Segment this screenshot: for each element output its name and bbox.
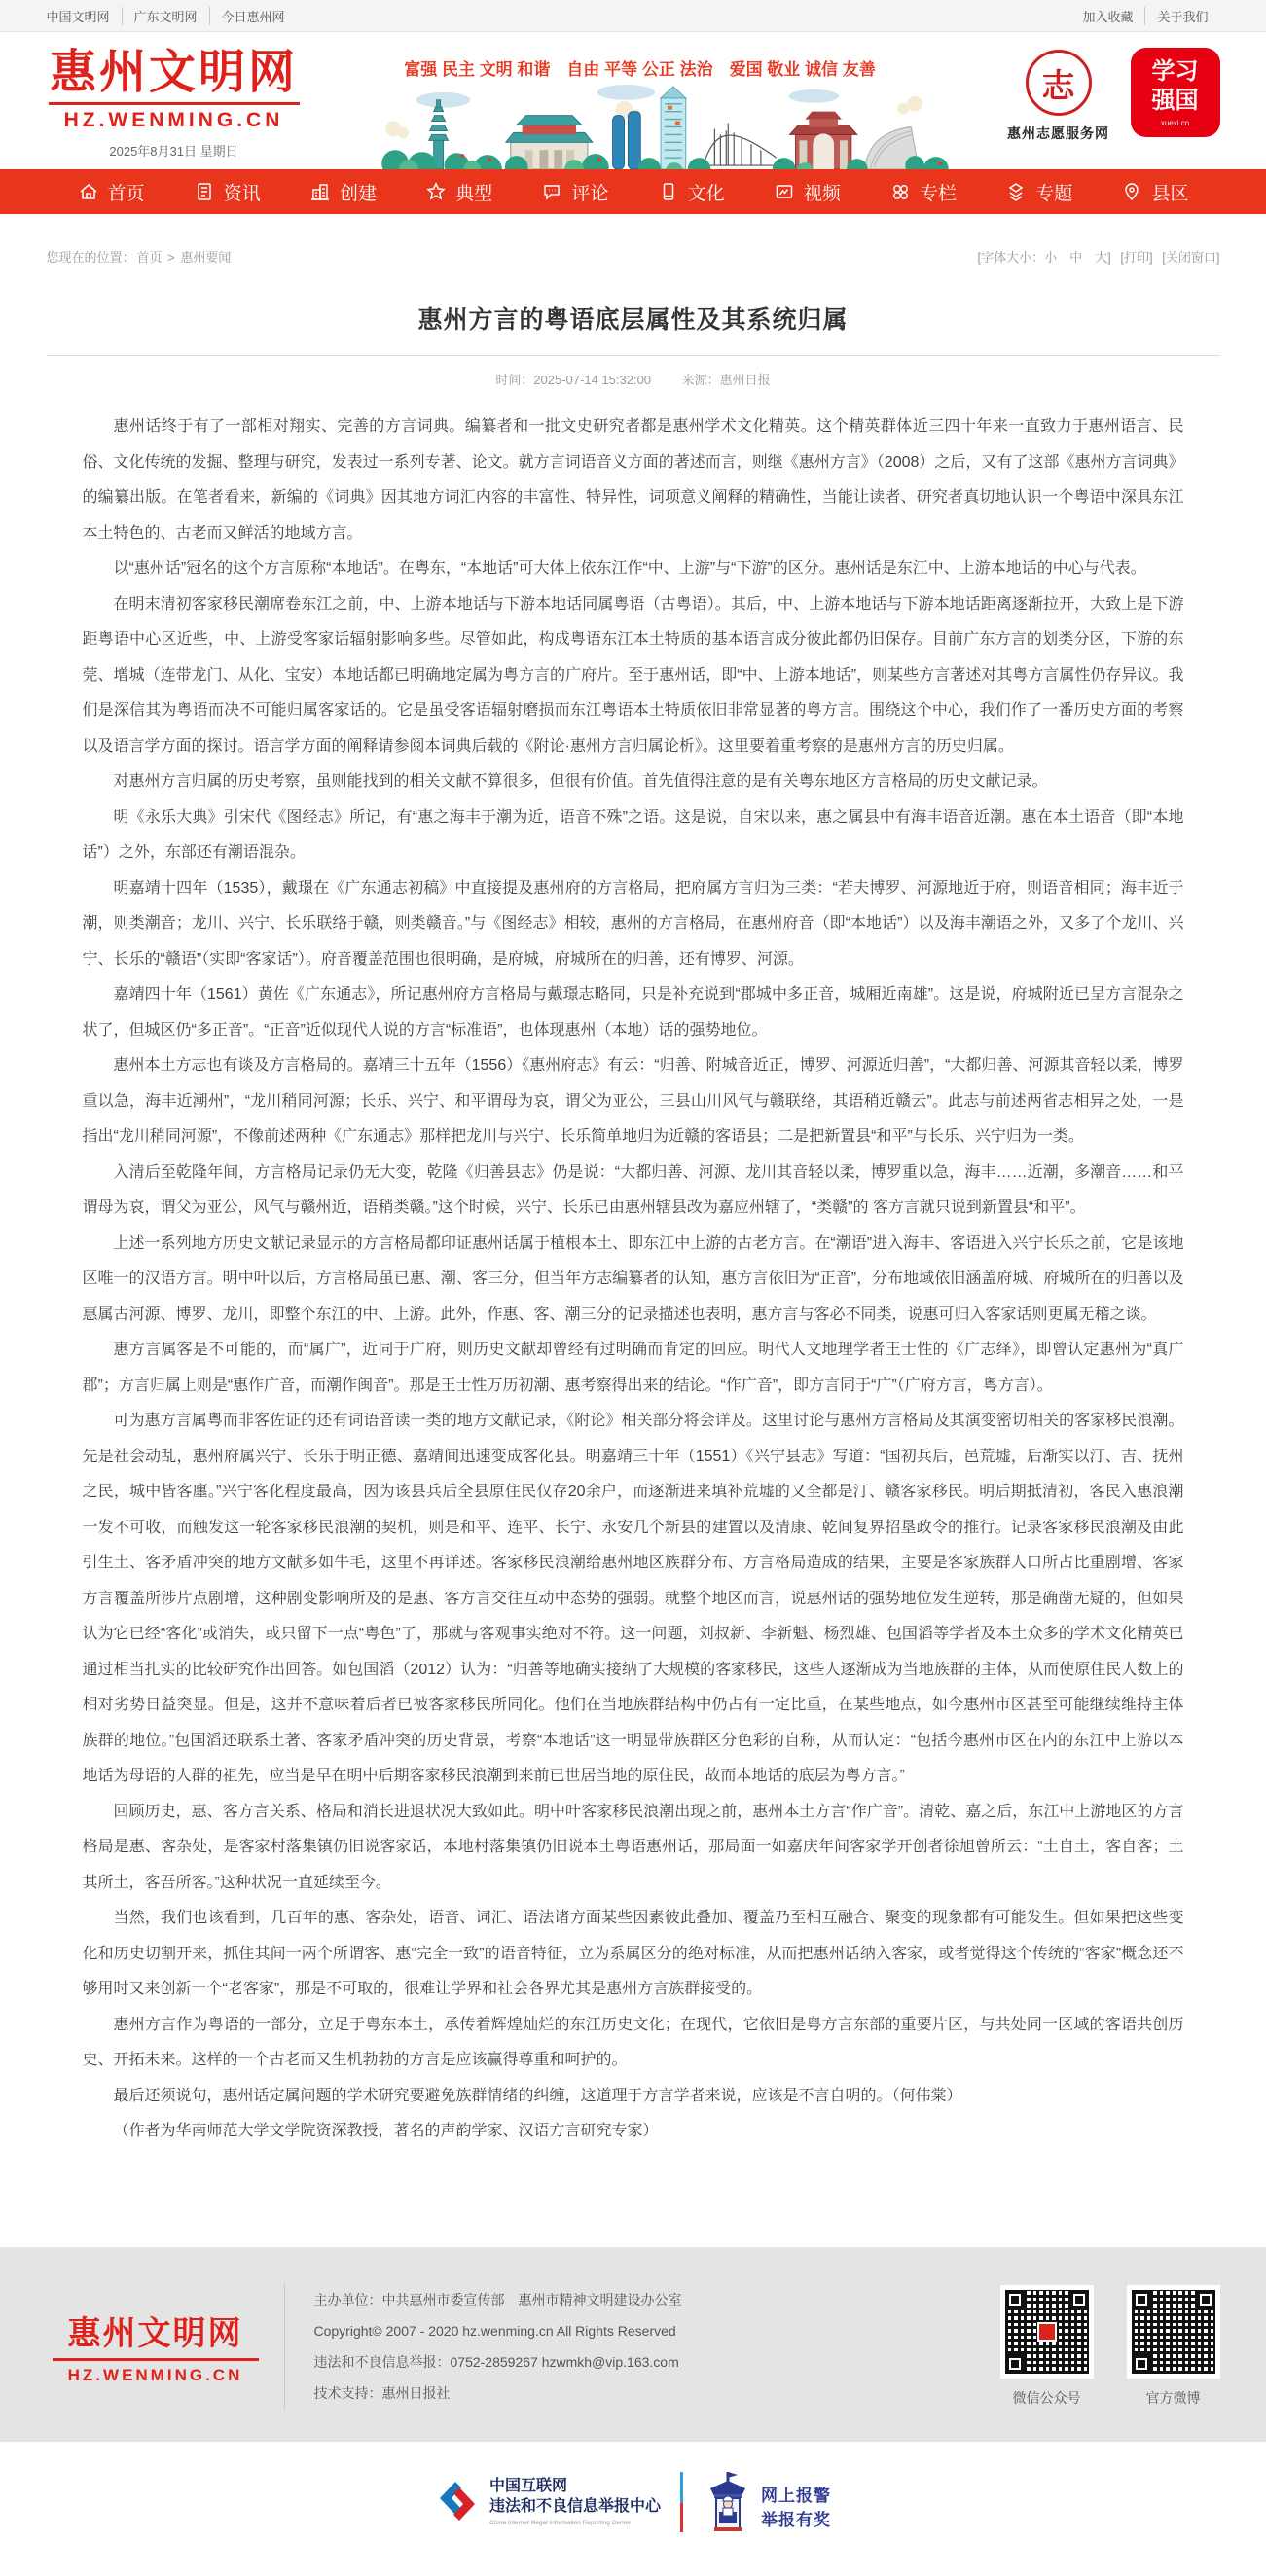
nav-label: 资讯 [224, 179, 261, 205]
article-paragraph: 上述一系列地方历史文献记录显示的方言格局都印证惠州话属于植根本土、即东江中上游的… [83, 1227, 1184, 1334]
nav-item-district[interactable]: 县区 [1121, 179, 1188, 205]
news-icon [194, 181, 215, 202]
site-name: 惠州文明网 [47, 48, 302, 99]
article-paragraph: 明嘉靖十四年（1535），戴璟在《广东通志初稿》中直接提及惠州府的方言格局，把府… [83, 872, 1184, 979]
nav-item-comment[interactable]: 评论 [541, 179, 608, 205]
footer-logo-divider [53, 2358, 259, 2361]
article-paragraph: 惠州话终于有了一部相对翔实、完善的方言词典。编纂者和一批文史研究者都是惠州学术文… [83, 410, 1184, 552]
article-paragraph: 惠方言属客是不可能的，而“属广”，近同于广府，则历史文献却曾经有过明确而肯定的回… [83, 1333, 1184, 1404]
article-meta: 时间：2025-07-14 15:32:00 来源：惠州日报 [47, 356, 1220, 410]
clover-icon [889, 181, 911, 202]
xuexi-line1: 学习 [1152, 57, 1199, 87]
report-center-diamond-icon [435, 2479, 480, 2523]
report-center-caption: China Internet Illegal Information Repor… [489, 2520, 661, 2528]
home-icon [78, 181, 99, 202]
nav-item-column[interactable]: 专栏 [889, 179, 957, 205]
nav-label: 县区 [1151, 179, 1188, 205]
article-paragraph: 以“惠州话”冠名的这个方言原称“本地话”。在粤东，“本地话”可大体上依东江作“中… [83, 552, 1184, 588]
site-header: 惠州文明网 HZ.WENMING.CN 2025年8月31日 星期日 富强 民主… [0, 32, 1266, 169]
star-icon [425, 181, 447, 202]
article-container: 惠州方言的粤语底层属性及其系统归属 时间：2025-07-14 15:32:00… [47, 301, 1220, 2247]
wechat-qr-label: 微信公众号 [1000, 2388, 1094, 2408]
article-head: 惠州方言的粤语底层属性及其系统归属 [47, 301, 1220, 356]
nav-label: 评论 [571, 179, 608, 205]
font-size-tool[interactable]: [字体大小：小 中 大] [978, 250, 1111, 265]
breadcrumb-section-link[interactable]: 惠州要闻 [180, 250, 231, 265]
topbar-left-links: 中国文明网 广东文明网 今日惠州网 [47, 7, 297, 25]
link-china-wenming[interactable]: 中国文明网 [47, 7, 123, 25]
wechat-qr-center-logo [1037, 2322, 1057, 2342]
nav-item-topic[interactable]: 专题 [1005, 179, 1072, 205]
weibo-qr-code [1127, 2285, 1220, 2379]
article-paragraph: 惠州本土方志也有谈及方言格局的。嘉靖三十五年（1556）《惠州府志》有云：“归善… [83, 1049, 1184, 1156]
nav-label: 创建 [340, 179, 377, 205]
article-paragraph: 入清后至乾隆年间，方言格局记录仍无大变，乾隆《归善县志》仍是说：“大都归善、河源… [83, 1156, 1184, 1227]
layers-icon [1005, 181, 1027, 202]
article-paragraph: 最后还须说句，惠州话定属问题的学术研究要避免族群情绪的纠缠，这道理于方言学者来说… [83, 2079, 1184, 2115]
video-icon [774, 181, 795, 202]
site-logo[interactable]: 惠州文明网 HZ.WENMING.CN 2025年8月31日 星期日 [47, 48, 302, 160]
top-utility-bar: 中国文明网 广东文明网 今日惠州网 加入收藏 关于我们 [0, 0, 1266, 32]
book-icon [658, 181, 679, 202]
article-paragraph: 惠州方言作为粤语的一部分，立足于粤东本土，承传着辉煌灿烂的东江历史文化；在现代，… [83, 2008, 1184, 2079]
site-footer: 惠州文明网 HZ.WENMING.CN 主办单位：中共惠州市委宣传部 惠州市精神… [0, 2247, 1266, 2442]
wechat-qr-code [1000, 2285, 1094, 2379]
article-paragraph: 嘉靖四十年（1561）黄佐《广东通志》，所记惠州府方言格局与戴璟志略同，只是补充… [83, 978, 1184, 1049]
header-date: 2025年8月31日 星期日 [47, 141, 302, 160]
nav-item-news[interactable]: 资讯 [194, 179, 261, 205]
volunteer-label: 惠州志愿服务网 [1006, 124, 1111, 143]
site-url: HZ.WENMING.CN [47, 109, 302, 132]
article-source: 来源：惠州日报 [682, 373, 771, 387]
breadcrumb-row: 您现在的位置：首页 > 惠州要闻 [字体大小：小 中 大] [打印] [关闭窗口… [47, 247, 1220, 266]
footer-info: 主办单位：中共惠州市委宣传部 惠州市精神文明建设办公室Copyright© 20… [314, 2284, 1000, 2409]
article-paragraph: 明《永乐大典》引宋代《图经志》所记，有“惠之海丰于潮为近，语音不殊”之语。这是说… [83, 801, 1184, 872]
weibo-qr-block: 官方微博 [1127, 2285, 1220, 2408]
article-paragraph: 当然，我们也该看到，几百年的惠、客杂处，语音、词汇、语法诸方面某些因素彼此叠加、… [83, 1901, 1184, 2008]
breadcrumb: 您现在的位置：首页 > 惠州要闻 [47, 247, 234, 266]
nav-label: 首页 [108, 179, 145, 205]
footer-logo: 惠州文明网 HZ.WENMING.CN [47, 2307, 265, 2385]
main-navigation: 首页 资讯 创建 典型 评论 文化 视频 专栏 [0, 169, 1266, 214]
nav-item-home[interactable]: 首页 [78, 179, 145, 205]
footer-info-line: 违法和不良信息举报：0752-2859267 hzwmkh@vip.163.co… [314, 2346, 1000, 2378]
map-pin-icon [1121, 181, 1142, 202]
online-police-badge[interactable]: 网上报警 举报有奖 [703, 2471, 831, 2533]
breadcrumb-home-link[interactable]: 首页 [137, 250, 163, 265]
article-paragraph: 回顾历史，惠、客方言关系、格局和消长进退状况大致如此。明中叶客家移民浪潮出现之前… [83, 1795, 1184, 1902]
report-center-line2: 违法和不良信息举报中心 [489, 2496, 661, 2518]
article-paragraph: （作者为华南师范大学文学院资深教授，著名的声韵学家、汉语方言研究专家） [83, 2114, 1184, 2150]
badge-divider [680, 2472, 683, 2532]
police-kiosk-icon [703, 2471, 753, 2533]
article-paragraph: 对惠州方言归属的历史考察，虽则能找到的相关文献不算很多，但很有价值。首先值得注意… [83, 765, 1184, 801]
footer-info-line: 主办单位：中共惠州市委宣传部 惠州市精神文明建设办公室 [314, 2284, 1000, 2315]
footer-site-name: 惠州文明网 [47, 2307, 265, 2354]
nav-item-culture[interactable]: 文化 [658, 179, 725, 205]
article-body: 惠州话终于有了一部相对翔实、完善的方言词典。编纂者和一批文史研究者都是惠州学术文… [83, 410, 1184, 2247]
article-paragraph: 可为惠方言属粤而非客佐证的还有词语音读一类的地方文献记录，《附论》相关部分将会详… [83, 1404, 1184, 1795]
volunteer-seal-icon: 志 [1026, 50, 1092, 116]
article-title: 惠州方言的粤语底层属性及其系统归属 [47, 301, 1220, 336]
close-window-tool[interactable]: [关闭窗口] [1162, 250, 1219, 265]
footer-vertical-divider [284, 2284, 285, 2409]
link-today-huizhou[interactable]: 今日惠州网 [210, 7, 297, 25]
print-tool[interactable]: [打印] [1120, 250, 1152, 265]
nav-label: 典型 [455, 179, 492, 205]
link-add-favorite[interactable]: 加入收藏 [1082, 7, 1145, 25]
xuexi-caption: xuexi.cn [1161, 119, 1189, 127]
police-line2: 举报有奖 [761, 2508, 831, 2533]
building-icon [309, 181, 331, 202]
weibo-qr-label: 官方微博 [1127, 2388, 1220, 2408]
breadcrumb-separator: > [167, 250, 175, 265]
logo-divider [49, 102, 300, 105]
core-values-slogan: 富强 民主 文明 和谐 自由 平等 公正 法治 爱国 敬业 诚信 友善 [368, 55, 913, 80]
wechat-qr-block: 微信公众号 [1000, 2285, 1094, 2408]
topbar-right-links: 加入收藏 关于我们 [1082, 7, 1219, 25]
nav-label: 专栏 [920, 179, 957, 205]
article-time: 时间：2025-07-14 15:32:00 [495, 373, 651, 387]
breadcrumb-prefix: 您现在的位置： [47, 250, 135, 265]
article-tools: [字体大小：小 中 大] [打印] [关闭窗口] [972, 247, 1220, 266]
link-guangdong-wenming[interactable]: 广东文明网 [123, 7, 210, 25]
police-line1: 网上报警 [761, 2484, 831, 2509]
illegal-report-center-badge[interactable]: 中国互联网 违法和不良信息举报中心 China Internet Illegal… [435, 2476, 661, 2528]
nav-label: 视频 [804, 179, 841, 205]
volunteer-service-badge[interactable]: 志 惠州志愿服务网 [1006, 50, 1111, 143]
nav-label: 专题 [1035, 179, 1072, 205]
report-center-line1: 中国互联网 [489, 2476, 661, 2497]
footer-info-line: 技术支持：惠州日报社 [314, 2378, 1000, 2409]
city-skyline-illustration [373, 83, 957, 169]
xuexi-line2: 强国 [1152, 87, 1199, 116]
link-about-us[interactable]: 关于我们 [1145, 7, 1219, 25]
xuexi-qiangguo-badge[interactable]: 学习 强国 xuexi.cn [1131, 48, 1220, 137]
nav-item-model[interactable]: 典型 [425, 179, 492, 205]
nav-label: 文化 [688, 179, 725, 205]
footer-info-line: Copyright© 2007 - 2020 hz.wenming.cn All… [314, 2315, 1000, 2346]
comment-icon [541, 181, 562, 202]
footer-site-url: HZ.WENMING.CN [47, 2366, 265, 2385]
nav-item-video[interactable]: 视频 [774, 179, 841, 205]
bottom-report-strip: 中国互联网 违法和不良信息举报中心 China Internet Illegal… [0, 2442, 1266, 2576]
nav-item-create[interactable]: 创建 [309, 179, 377, 205]
article-paragraph: 在明末清初客家移民潮席卷东江之前，中、上游本地话与下游本地话同属粤语（古粤语）。… [83, 588, 1184, 766]
footer-qr-codes: 微信公众号 官方微博 [1000, 2285, 1220, 2408]
